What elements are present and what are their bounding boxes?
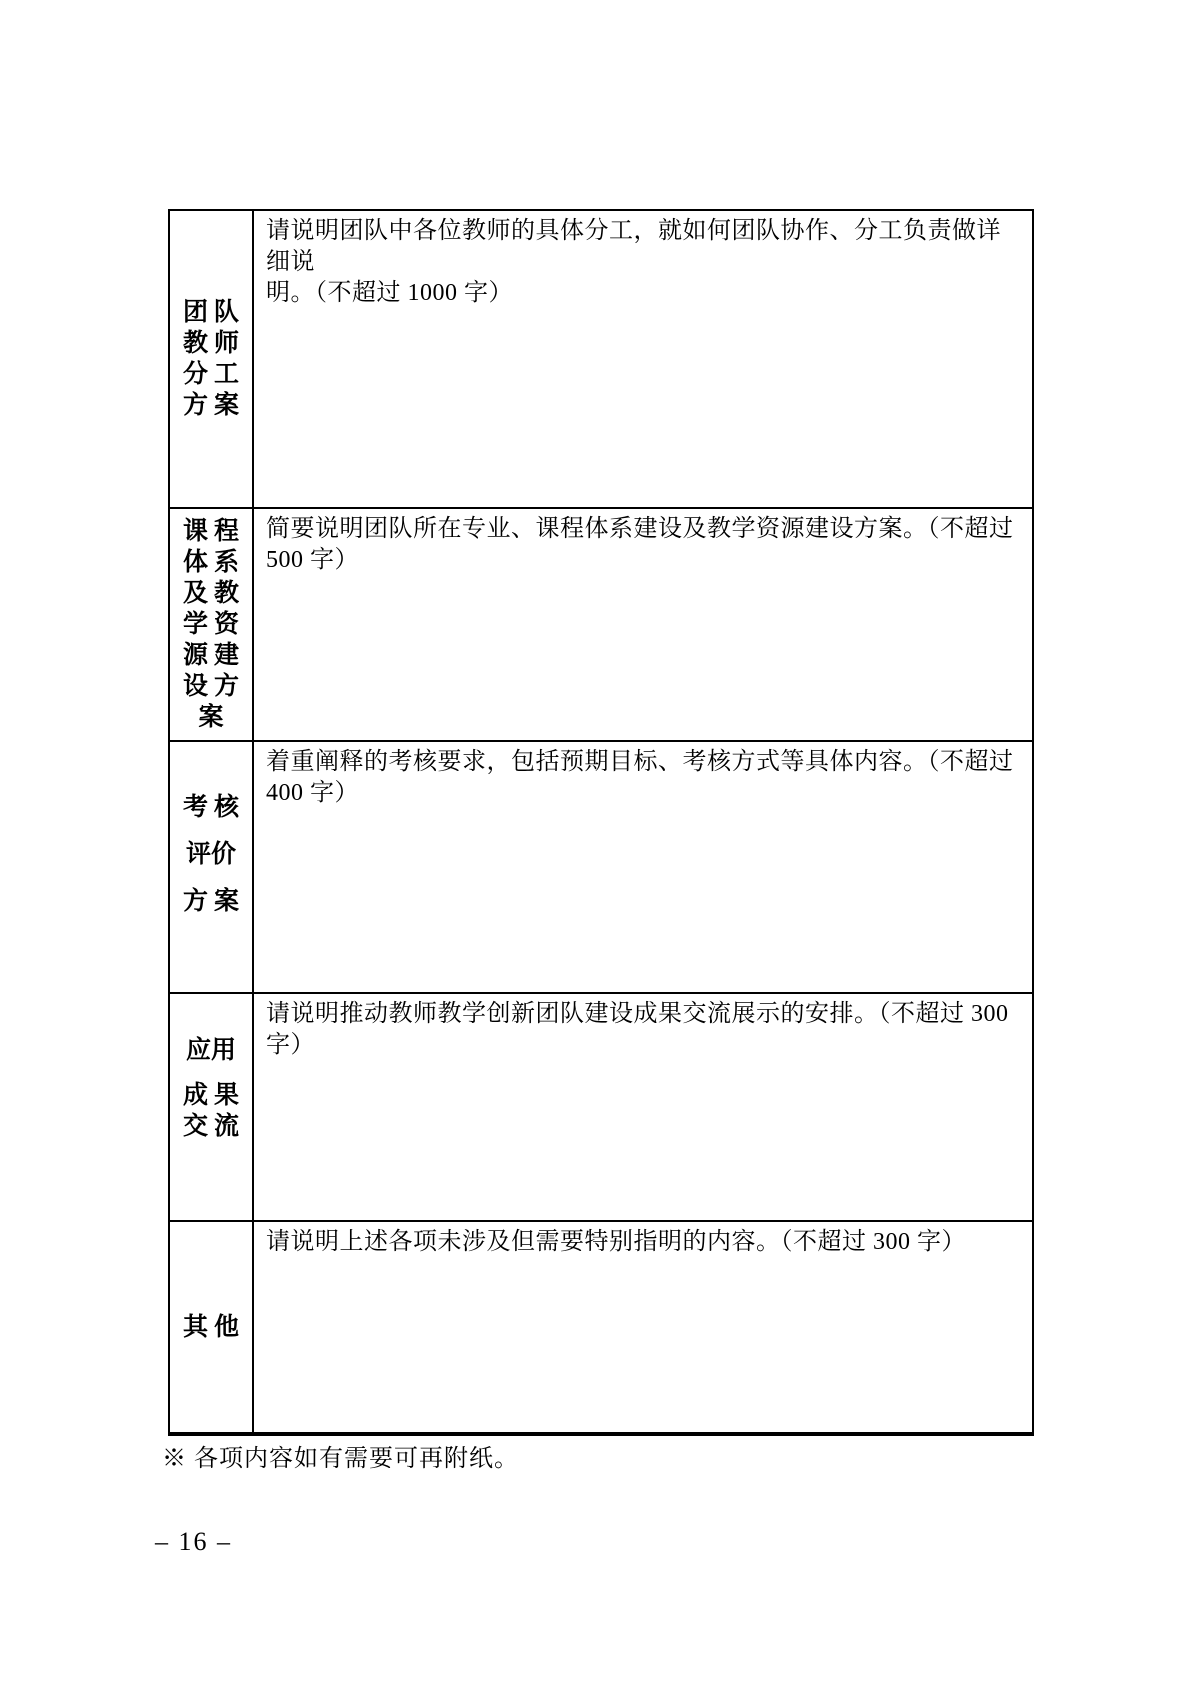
cell-text-line: 着重阐释的考核要求，包括预期目标、考核方式等具体内容。（不超过 xyxy=(266,747,1020,778)
cell-text-line: 500 字） xyxy=(266,545,1020,576)
form-table: 团队 教师 分工 方案 请说明团队中各位教师的具体分工，就如何团队协作、分工负责… xyxy=(168,209,1034,1436)
row-label-line: 及教 xyxy=(183,578,239,609)
cell-assessment-plan-instructions: 着重阐释的考核要求，包括预期目标、考核方式等具体内容。（不超过 400 字） xyxy=(253,741,1033,993)
document-page: 团队 教师 分工 方案 请说明团队中各位教师的具体分工，就如何团队协作、分工负责… xyxy=(0,0,1191,1684)
cell-other-instructions: 请说明上述各项未涉及但需要特别指明的内容。（不超过 300 字） xyxy=(253,1221,1033,1434)
row-label-line: 方案 xyxy=(183,390,239,421)
row-label-line: 评价 xyxy=(183,831,239,878)
footnote: ※ 各项内容如有需要可再附纸。 xyxy=(162,1444,519,1475)
row-label-line: 教师 xyxy=(183,328,239,359)
row-label-line: 其他 xyxy=(183,1312,239,1343)
row-label-line: 成果 xyxy=(183,1080,239,1111)
row-label-line: 案 xyxy=(183,702,239,733)
row-label-line: 交流 xyxy=(183,1111,239,1142)
cell-text-line: 400 字） xyxy=(266,778,1020,809)
table-row-other: 其他 请说明上述各项未涉及但需要特别指明的内容。（不超过 300 字） xyxy=(169,1221,1033,1434)
table-row-team-division: 团队 教师 分工 方案 请说明团队中各位教师的具体分工，就如何团队协作、分工负责… xyxy=(169,210,1033,508)
cell-text-line: 请说明团队中各位教师的具体分工，就如何团队协作、分工负责做详细说 xyxy=(266,216,1020,278)
table-row-assessment-plan: 考核 评价 方案 着重阐释的考核要求，包括预期目标、考核方式等具体内容。（不超过… xyxy=(169,741,1033,993)
row-label-line: 分工 xyxy=(183,359,239,390)
row-label-line: 考核 xyxy=(183,784,239,831)
cell-text-line: 请说明推动教师教学创新团队建设成果交流展示的安排。（不超过 300 xyxy=(266,999,1020,1030)
cell-team-division-instructions: 请说明团队中各位教师的具体分工，就如何团队协作、分工负责做详细说 明。（不超过 … xyxy=(253,210,1033,508)
row-label-line: 源建 xyxy=(183,640,239,671)
cell-text-line: 请说明上述各项未涉及但需要特别指明的内容。（不超过 300 字） xyxy=(266,1227,1020,1258)
row-label-line: 课程 xyxy=(183,516,239,547)
row-label-line: 团队 xyxy=(183,297,239,328)
page-number: – 16 – xyxy=(155,1527,232,1557)
cell-text-line: 明。（不超过 1000 字） xyxy=(266,278,1020,309)
cell-text-line: 字） xyxy=(266,1030,1020,1061)
row-label-line: 设方 xyxy=(183,671,239,702)
row-label-curriculum-resources: 课程 体系 及教 学资 源建 设方 案 xyxy=(169,508,253,741)
row-label-line: 学资 xyxy=(183,609,239,640)
cell-curriculum-resources-instructions: 简要说明团队所在专业、课程体系建设及教学资源建设方案。（不超过 500 字） xyxy=(253,508,1033,741)
row-label-line: 应用 xyxy=(183,1035,239,1066)
row-label-other: 其他 xyxy=(169,1221,253,1434)
row-label-team-division: 团队 教师 分工 方案 xyxy=(169,210,253,508)
cell-application-exchange-instructions: 请说明推动教师教学创新团队建设成果交流展示的安排。（不超过 300 字） xyxy=(253,993,1033,1221)
table-row-application-exchange: 应用 成果 交流 请说明推动教师教学创新团队建设成果交流展示的安排。（不超过 3… xyxy=(169,993,1033,1221)
table-row-curriculum-resources: 课程 体系 及教 学资 源建 设方 案 简要说明团队所在专业、课程体系建设及教学… xyxy=(169,508,1033,741)
row-label-line: 方案 xyxy=(183,878,239,925)
row-label-line: 体系 xyxy=(183,547,239,578)
cell-text-line: 简要说明团队所在专业、课程体系建设及教学资源建设方案。（不超过 xyxy=(266,514,1020,545)
row-label-assessment-plan: 考核 评价 方案 xyxy=(169,741,253,993)
row-label-application-exchange: 应用 成果 交流 xyxy=(169,993,253,1221)
